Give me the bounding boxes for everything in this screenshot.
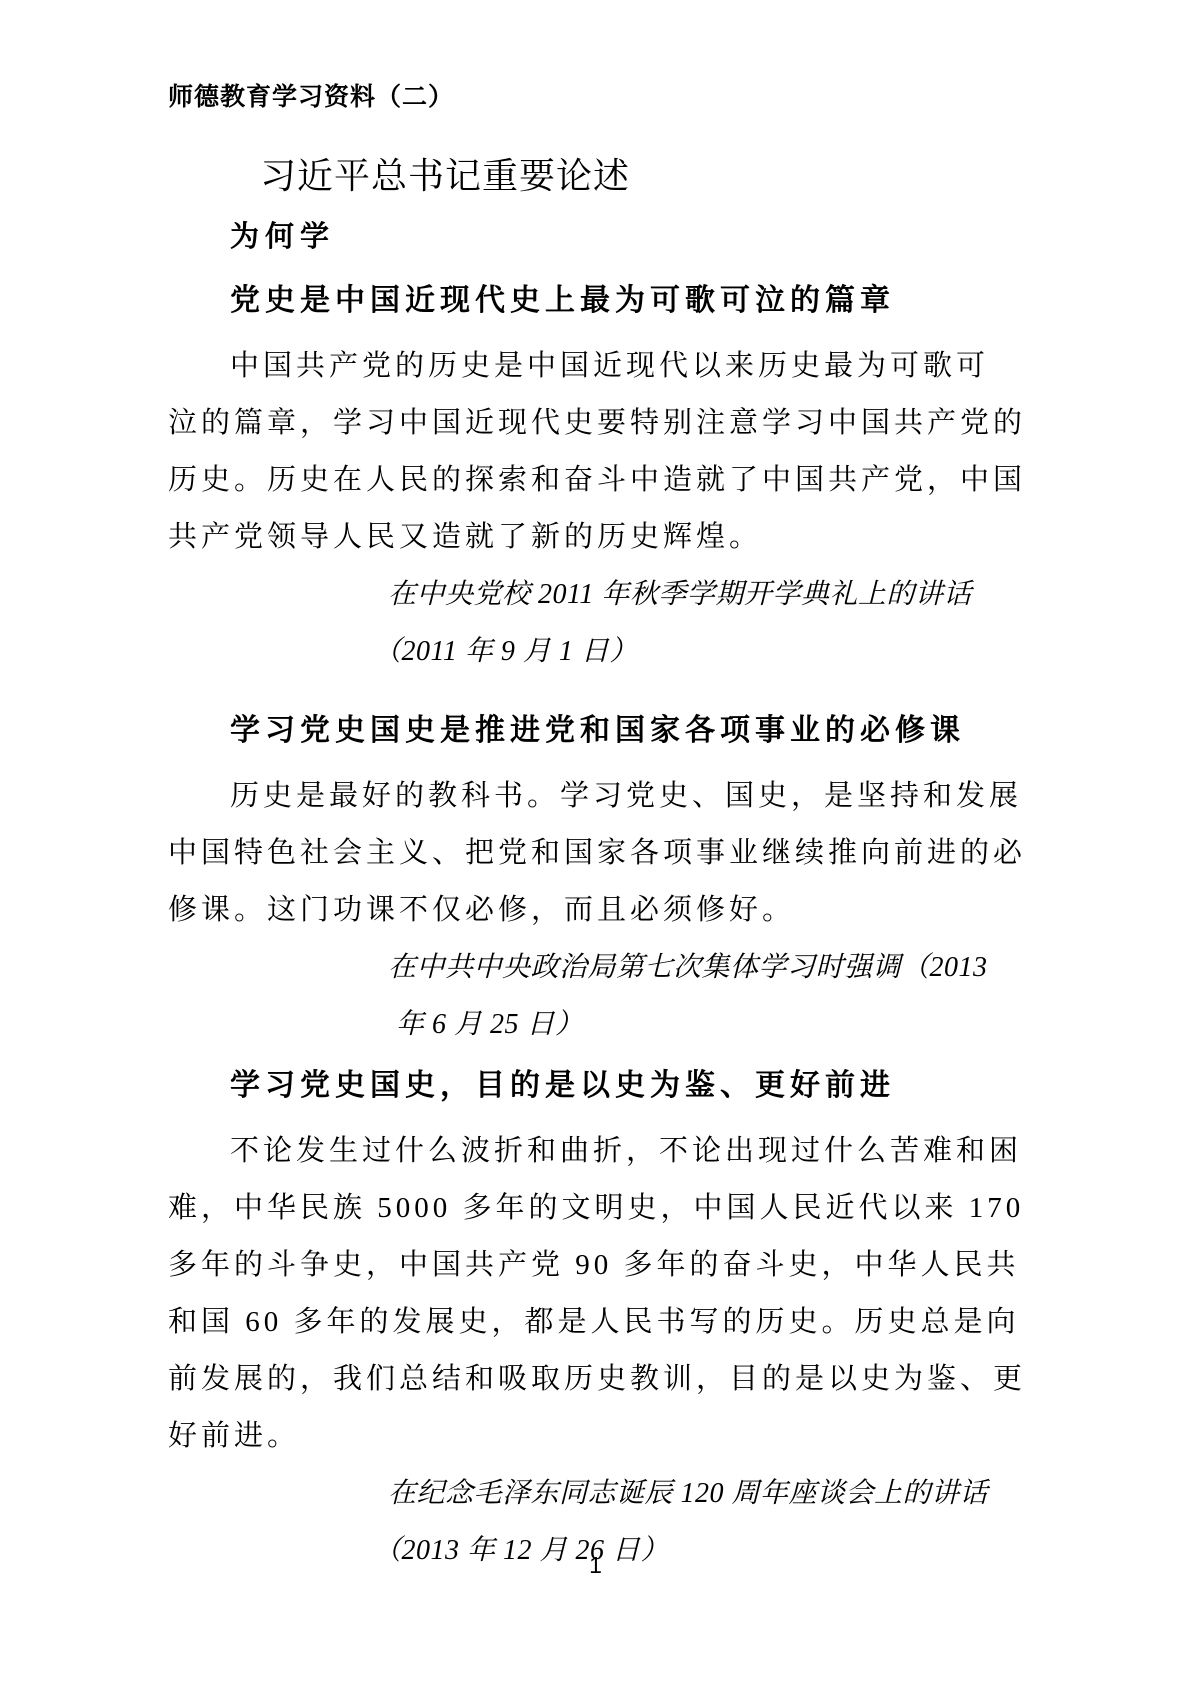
quote-section-2: 学习党史国史是推进党和国家各项事业的必修课 历史是最好的教科书。学习党史、国史，…	[168, 716, 1011, 1053]
body-line: 不论发生过什么波折和曲折，不论出现过什么苦难和困	[168, 1123, 1011, 1180]
quote-heading: 学习党史国史是推进党和国家各项事业的必修课	[230, 716, 1011, 746]
quote-paragraph: 中国共产党的历史是中国近现代以来历史最为可歌可 泣的篇章，学习中国近现代史要特别…	[168, 338, 1011, 566]
source-date-line: （2011 年 9 月 1 日）	[373, 623, 1011, 680]
body-line: 中国特色社会主义、把党和国家各项事业继续推向前进的必	[168, 825, 1011, 882]
page-title: 习近平总书记重要论述	[260, 156, 1011, 196]
section-label: 为何学	[230, 222, 1011, 252]
body-line: 修课。这门功课不仅必修，而且必须修好。	[168, 882, 1011, 939]
quote-section-1: 党史是中国近现代史上最为可歌可泣的篇章 中国共产党的历史是中国近现代以来历史最为…	[168, 286, 1011, 680]
document-header: 师德教育学习资料（二）	[168, 84, 1011, 112]
body-line: 多年的斗争史，中国共产党 90 多年的奋斗史，中华人民共	[168, 1237, 1011, 1294]
quote-source: 在中央党校 2011 年秋季学期开学典礼上的讲话 （2011 年 9 月 1 日…	[168, 566, 1011, 680]
body-line: 好前进。	[168, 1408, 1011, 1465]
page-number: 1	[0, 1552, 1191, 1579]
source-date-line: 年 6 月 25 日）	[396, 996, 1011, 1053]
quote-section-3: 学习党史国史，目的是以史为鉴、更好前进 不论发生过什么波折和曲折，不论出现过什么…	[168, 1071, 1011, 1579]
body-line: 历史。历史在人民的探索和奋斗中造就了中国共产党，中国	[168, 452, 1011, 509]
document-page: 师德教育学习资料（二） 习近平总书记重要论述 为何学 党史是中国近现代史上最为可…	[0, 0, 1191, 1684]
quote-source: 在中共中央政治局第七次集体学习时强调（2013 年 6 月 25 日）	[168, 939, 1011, 1053]
source-line: 在纪念毛泽东同志诞辰 120 周年座谈会上的讲话	[388, 1465, 1011, 1522]
source-line: 在中共中央政治局第七次集体学习时强调（2013	[388, 939, 1011, 996]
body-line: 和国 60 多年的发展史，都是人民书写的历史。历史总是向	[168, 1294, 1011, 1351]
body-line: 难，中华民族 5000 多年的文明史，中国人民近代以来 170	[168, 1180, 1011, 1237]
body-line: 历史是最好的教科书。学习党史、国史，是坚持和发展	[168, 768, 1011, 825]
body-line: 中国共产党的历史是中国近现代以来历史最为可歌可	[168, 338, 1011, 395]
body-line: 前发展的，我们总结和吸取历史教训，目的是以史为鉴、更	[168, 1351, 1011, 1408]
quote-heading: 党史是中国近现代史上最为可歌可泣的篇章	[230, 286, 1011, 316]
quote-paragraph: 不论发生过什么波折和曲折，不论出现过什么苦难和困 难，中华民族 5000 多年的…	[168, 1123, 1011, 1465]
body-line: 泣的篇章，学习中国近现代史要特别注意学习中国共产党的	[168, 395, 1011, 452]
source-line: 在中央党校 2011 年秋季学期开学典礼上的讲话	[388, 566, 1011, 623]
body-line: 共产党领导人民又造就了新的历史辉煌。	[168, 509, 1011, 566]
quote-heading: 学习党史国史，目的是以史为鉴、更好前进	[230, 1071, 1011, 1101]
quote-paragraph: 历史是最好的教科书。学习党史、国史，是坚持和发展 中国特色社会主义、把党和国家各…	[168, 768, 1011, 939]
